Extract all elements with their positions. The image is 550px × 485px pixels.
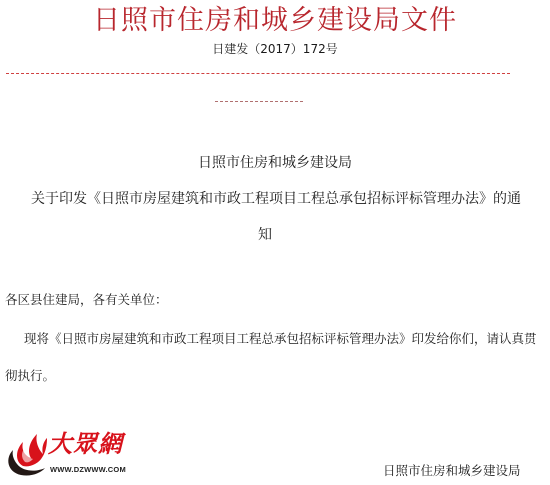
subject-heading: 关于印发《日照市房屋建筑和市政工程项目工程总承包招标评标管理办法》的通 [6, 189, 546, 209]
document-header-title: 日照市住房和城乡建设局文件 [0, 4, 550, 38]
subject-heading-continuation: 知 [0, 225, 530, 245]
header-divider-rule [6, 73, 510, 74]
flame-logo-icon [3, 428, 49, 478]
document-number: 日建发（2017）172号 [0, 41, 550, 57]
signature: 日照市住房和城乡建设局 [383, 462, 521, 480]
watermark-logo: 大眾網 WWW.DZWWW.COM [3, 428, 128, 480]
salutation: 各区县住建局，各有关单位： [5, 291, 168, 309]
issuer-heading: 日照市住房和城乡建设局 [0, 153, 550, 173]
body-paragraph-line2: 彻执行。 [5, 367, 55, 385]
logo-text: 大眾網 [48, 430, 123, 458]
header-divider-rule-continuation [215, 101, 303, 102]
logo-url: WWW.DZWWW.COM [50, 465, 126, 474]
body-paragraph-line1: 现将《日照市房屋建筑和市政工程项目工程总承包招标评标管理办法》印发给你们，请认真… [24, 330, 537, 348]
